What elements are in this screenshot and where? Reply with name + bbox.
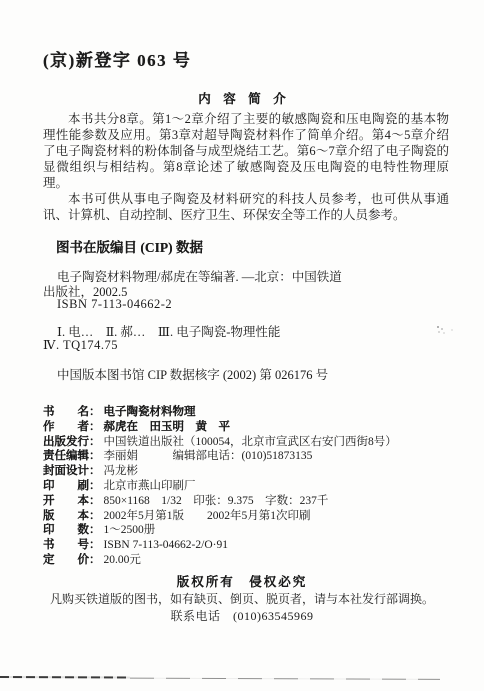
scan-artifact-line-dark (0, 676, 130, 679)
row-value: ISBN 7-113-04662-2/O·91 (104, 539, 228, 551)
cip-record-number: 中国版本图书馆 CIP 数据核字 (2002) 第 026176 号 (57, 365, 328, 383)
colophon-row-edition: 版 本：2002年5月第1版 2002年5月第1次印刷 (43, 509, 455, 524)
colophon-row-title: 书 名：电子陶瓷材料物理 (43, 405, 455, 420)
row-value: 北京市燕山印刷厂 (104, 480, 196, 492)
summary-paragraph: 本书可供从事电子陶瓷及材料研究的科技人员参考，也可供从事通讯、计算机、自动控制、… (43, 191, 449, 223)
colophon-row-price: 定 价：20.00元 (43, 553, 455, 568)
book-copyright-page: (京)新登字 063 号 内 容 简 介 本书共分8章。第1～2章介绍了主要的敏… (0, 0, 484, 691)
row-label: 出版发行 (43, 436, 89, 448)
colophon-row-cover-design: 封面设计：冯龙彬 (43, 464, 455, 479)
colophon-row-format: 开 本：850×1168 1/32 印张：9.375 字数：237千 (43, 494, 455, 509)
publication-details: 书 名：电子陶瓷材料物理 作 者：郝虎在 田玉明 黄 平 出版发行：中国铁道出版… (43, 405, 455, 568)
content-summary: 本书共分8章。第1～2章介绍了主要的敏感陶瓷和压电陶瓷的基本物理性能参数及应用。… (43, 111, 449, 223)
colophon-row-print-run: 印 数：1～2500册 (43, 523, 455, 538)
colophon-row-printer: 印 刷：北京市燕山印刷厂 (43, 479, 455, 494)
row-value: 电子陶瓷材料物理 (104, 406, 196, 418)
copyright-notice: 版权所有 侵权必究 (0, 572, 484, 590)
row-value: 中国铁道出版社（100054，北京市宣武区右安门西街8号） (104, 436, 397, 448)
colophon-row-authors: 作 者：郝虎在 田玉明 黄 平 (43, 420, 455, 435)
row-label: 印 刷 (43, 480, 89, 492)
row-label: 作 者 (43, 421, 89, 433)
content-summary-heading: 内 容 简 介 (0, 89, 484, 107)
scan-artifact-line-faint (130, 677, 440, 680)
contact-phone: 联系电话 (010)63545969 (0, 607, 484, 624)
row-value: 850×1168 1/32 印张：9.375 字数：237千 (104, 495, 329, 507)
register-number: (京)新登字 063 号 (43, 46, 191, 71)
scan-artifact-line (0, 674, 446, 682)
row-label: 书 号 (43, 539, 89, 551)
row-value: 1～2500册 (104, 524, 156, 536)
cip-classification-line: Ⅳ. TQ174.75 (43, 337, 118, 353)
cip-heading: 图书在版编目 (CIP) 数据 (56, 236, 203, 256)
row-label: 开 本 (43, 495, 89, 507)
colophon-row-publisher: 出版发行：中国铁道出版社（100054，北京市宣武区右安门西街8号） (43, 435, 455, 450)
row-value: 李丽娟 编辑部电话：(010)51873135 (104, 450, 313, 462)
row-label: 定 价 (43, 554, 89, 566)
row-value: 冯龙彬 (104, 465, 139, 477)
row-value: 2002年5月第1版 2002年5月第1次印刷 (104, 510, 311, 522)
row-value: 20.00元 (104, 554, 141, 566)
cip-isbn: ISBN 7-113-04662-2 (57, 297, 172, 312)
row-label: 印 数 (43, 524, 89, 536)
page-exchange-note: 凡购买铁道版的图书，如有缺页、倒页、脱页者，请与本社发行部调换。 (0, 590, 484, 607)
row-label: 封面设计 (43, 465, 89, 477)
colophon-row-editor: 责任编辑：李丽娟 编辑部电话：(010)51873135 (43, 449, 455, 464)
row-label: 书 名 (43, 406, 89, 418)
row-label: 责任编辑 (43, 450, 89, 462)
summary-paragraph: 本书共分8章。第1～2章介绍了主要的敏感陶瓷和压电陶瓷的基本物理性能参数及应用。… (43, 111, 449, 191)
scan-artifact-speck (437, 326, 439, 328)
row-value: 郝虎在 田玉明 黄 平 (104, 421, 231, 433)
colophon-row-book-number: 书 号：ISBN 7-113-04662-2/O·91 (43, 538, 455, 553)
row-label: 版 本 (43, 510, 89, 522)
